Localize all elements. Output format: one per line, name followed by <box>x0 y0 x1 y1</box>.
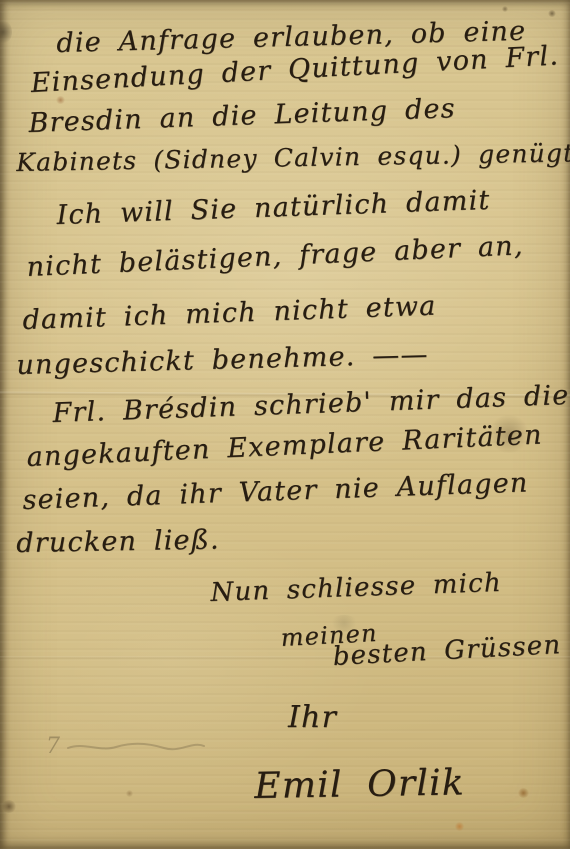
letter-line: nicht belästigen, frage aber an, <box>26 230 524 283</box>
valediction: Ihr <box>288 700 337 735</box>
letter-page: die Anfrage erlauben, ob eine Einsendung… <box>0 0 570 849</box>
foxing-spot <box>548 10 556 17</box>
pencil-note-text: 7 <box>46 734 60 759</box>
foxing-spot <box>502 6 508 12</box>
pencil-scribble <box>66 736 206 758</box>
pencil-note: 7 <box>46 734 206 759</box>
letter-line: Ich will Sie natürlich damit <box>56 185 491 231</box>
letter-line: Kabinets (Sidney Calvin esqu.) genügt. <box>16 138 570 177</box>
letter-line: ungeschickt benehme. —— <box>16 339 429 381</box>
letter-line: drucken ließ. <box>16 524 220 559</box>
letter-line: angekauften Exemplare Raritäten <box>26 419 543 472</box>
foxing-spot <box>455 822 464 831</box>
letter-line: seien, da ihr Vater nie Auflagen <box>22 467 529 516</box>
letter-line: Bresdin an die Leitung des <box>28 93 456 139</box>
letter-line: damit ich mich nicht etwa <box>22 291 437 336</box>
signature: Emil Orlik <box>254 762 465 807</box>
foxing-spot <box>518 788 529 798</box>
foxing-spot <box>0 20 12 44</box>
foxing-spot <box>2 800 16 813</box>
foxing-spot <box>126 790 133 797</box>
closing-line: Nun schliesse mich <box>210 568 502 608</box>
